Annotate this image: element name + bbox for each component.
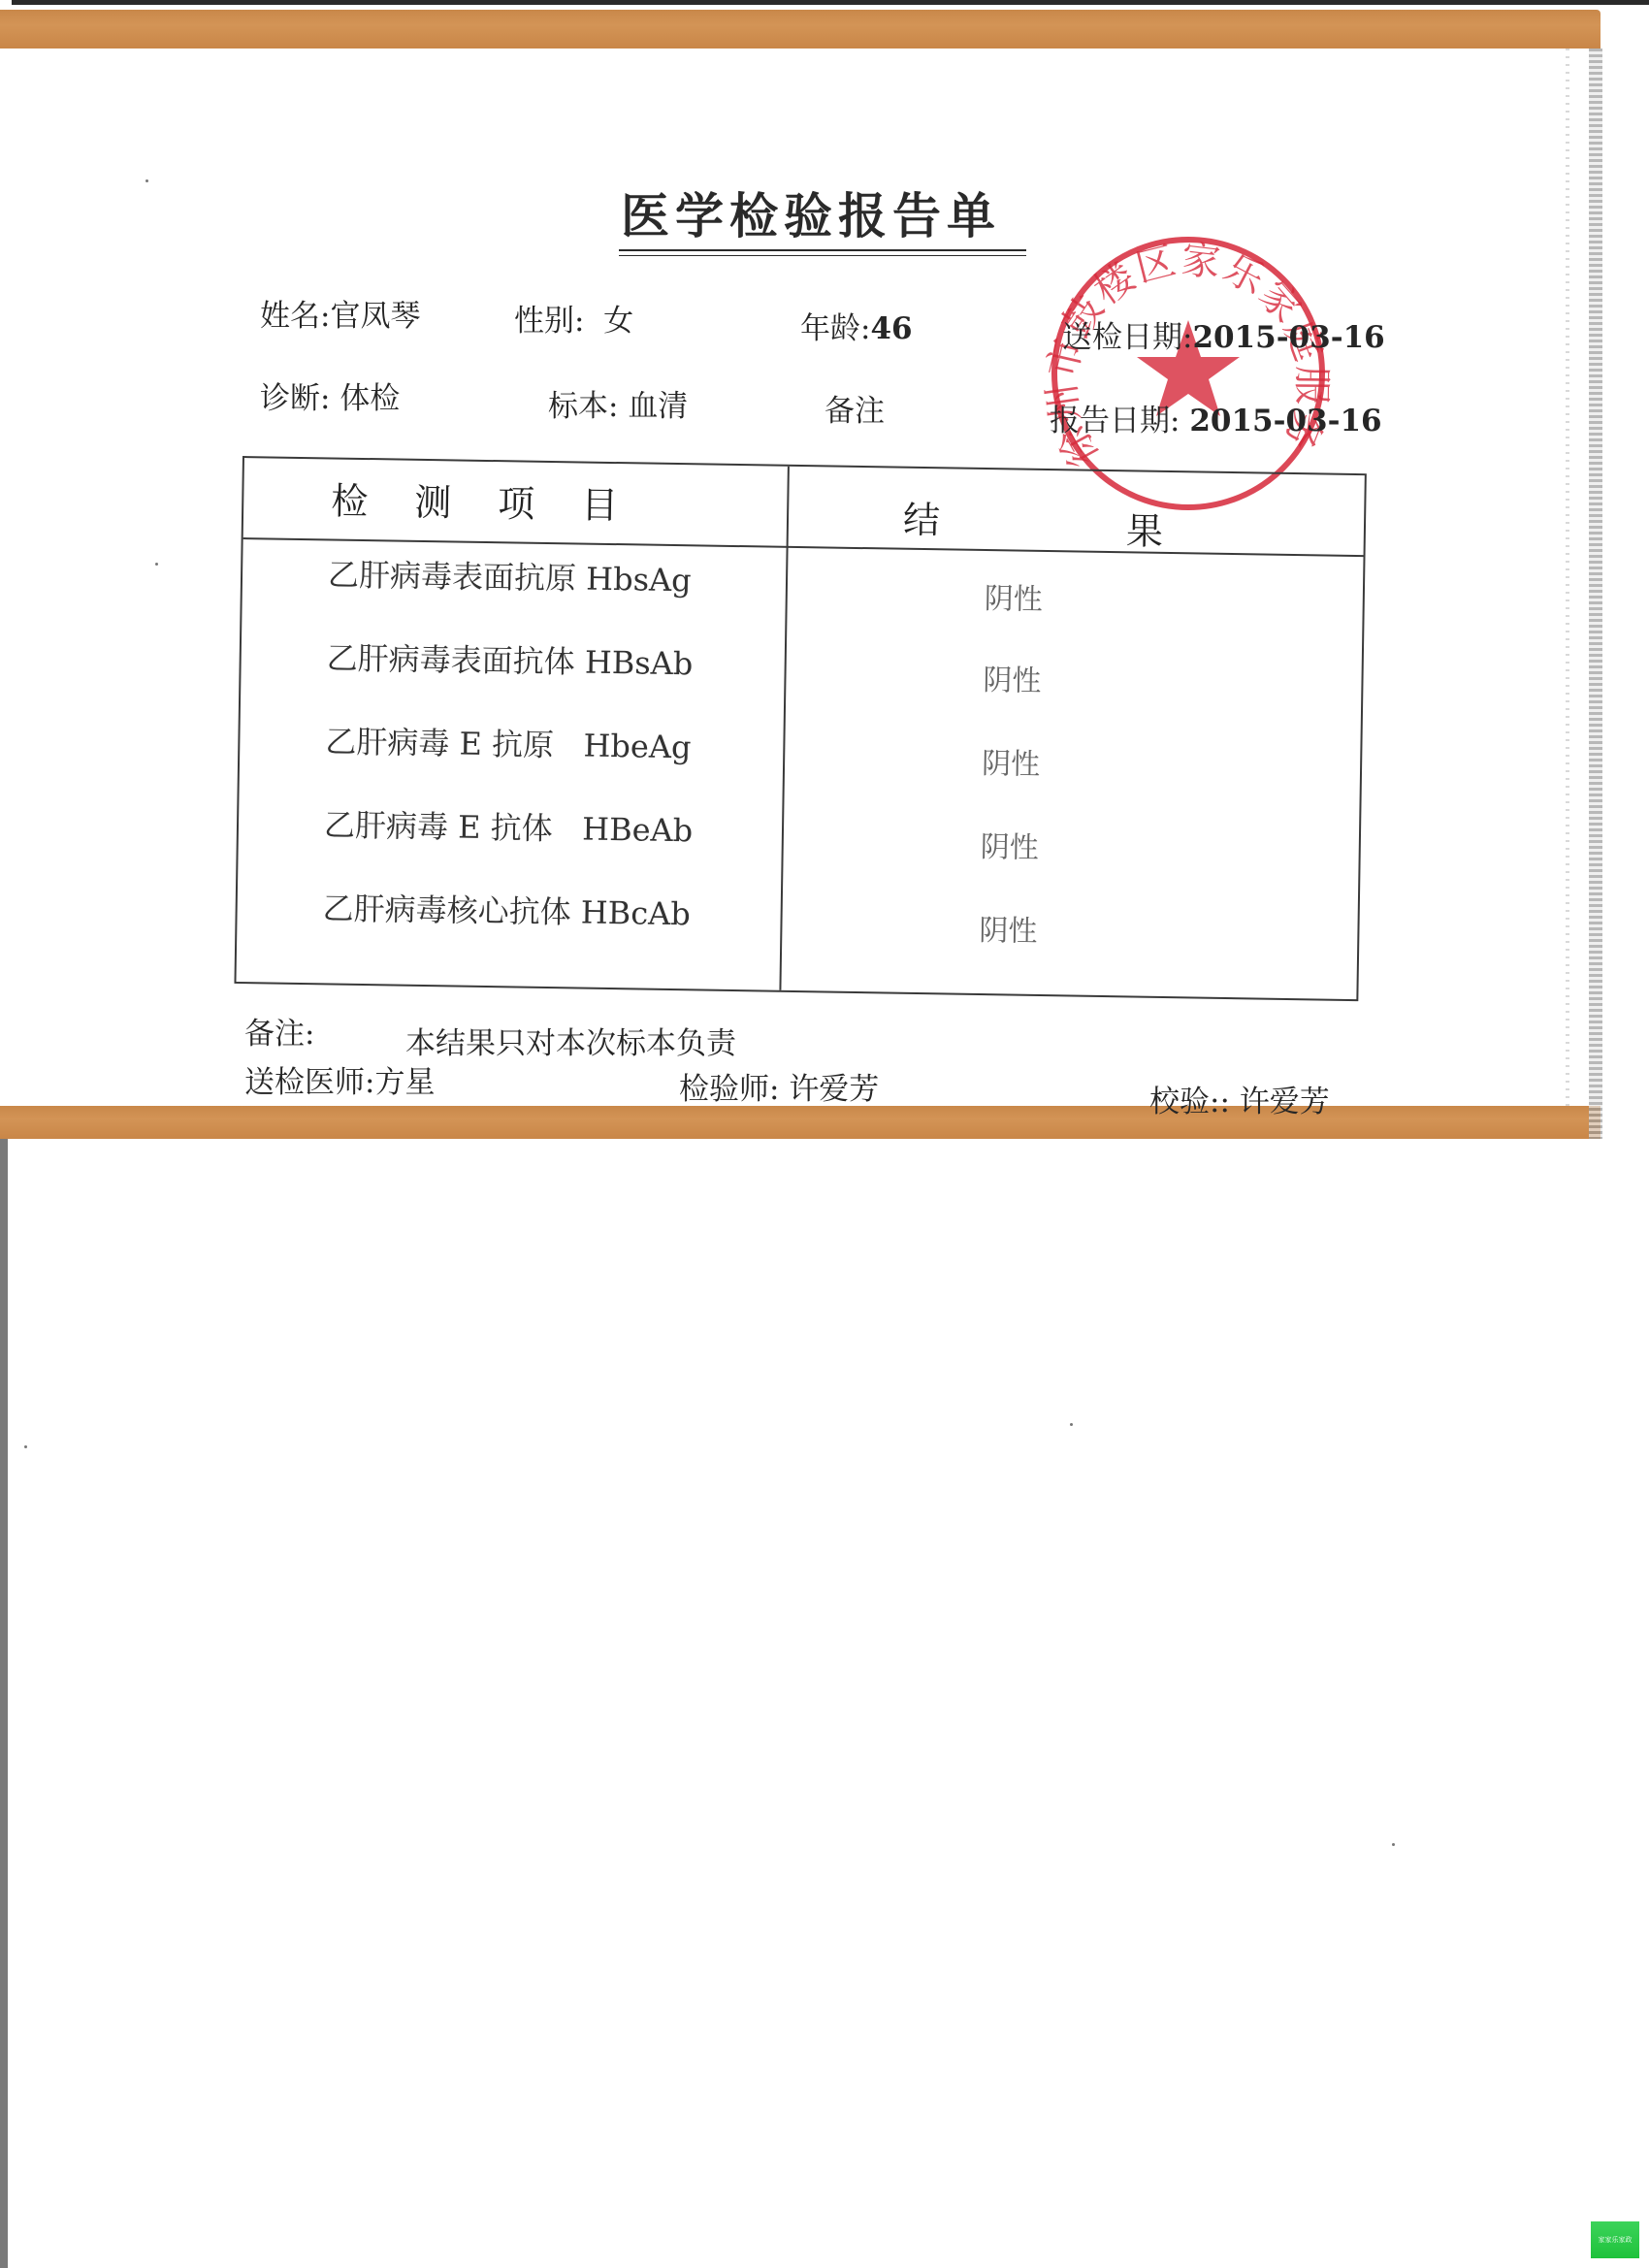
- header-result-2: 果: [1126, 501, 1164, 555]
- report-date-value: 2015-03-16: [1189, 404, 1381, 438]
- footer-remark: 本结果只对本次标本负责: [405, 1019, 736, 1062]
- footer-remark-label: 备注:: [244, 1009, 314, 1053]
- scan-edge-right-faint: [1566, 49, 1569, 1106]
- diagnosis-value: 体检: [339, 381, 400, 416]
- table-row-item: 乙肝病毒核心抗体 HBcAb: [322, 884, 691, 934]
- specimen-value: 血清: [628, 389, 688, 424]
- scan-edge-top: [12, 0, 1649, 5]
- specimen-field: 标本: 血清: [548, 381, 688, 425]
- name-value: 官凤琴: [330, 299, 420, 334]
- title-underline-2: [619, 255, 1026, 256]
- inspector-value: 许爱芳: [789, 1072, 879, 1107]
- diagnosis-label: 诊断:: [260, 381, 330, 416]
- name-label: 姓名:: [260, 299, 330, 334]
- specimen-label: 标本:: [548, 389, 618, 424]
- report-date-field: 报告日期: 2015-03-16: [1050, 396, 1382, 439]
- remark-header-field: 备注: [824, 386, 885, 430]
- age-field: 年龄:46: [800, 304, 913, 347]
- sex-label: 性别:: [514, 304, 584, 339]
- doctor-label: 送检医师:: [244, 1065, 374, 1100]
- age-label: 年龄:: [800, 311, 870, 346]
- submit-date-field: 送检日期:2015-03-16: [1062, 312, 1385, 356]
- test-results-table: 检测项目 结 果 乙肝病毒表面抗原 HbsAg 阴性 乙肝病毒表面抗体 HBsA…: [234, 456, 1366, 1001]
- paper-band-top: [0, 10, 1600, 49]
- checker-label: 校验::: [1149, 1085, 1230, 1119]
- report-title: 医学检验报告单: [621, 178, 1028, 247]
- scan-speck: [155, 563, 158, 566]
- table-row-item: 乙肝病毒 E 抗原 HbeAg: [325, 717, 692, 767]
- inspector-field: 检验师: 许爱芳: [679, 1064, 879, 1108]
- table-row-item: 乙肝病毒 E 抗体 HBeAb: [324, 800, 694, 851]
- scan-speck: [145, 179, 148, 182]
- table-row-result: 阴性: [984, 574, 1043, 618]
- table-row-result: 阴性: [983, 656, 1042, 699]
- doctor-value: 方星: [374, 1065, 435, 1100]
- remark-header-label: 备注: [824, 394, 885, 429]
- scan-speck: [1392, 1843, 1395, 1846]
- table-row-item: 乙肝病毒表面抗原 HbsAg: [328, 550, 692, 600]
- scan-edge-right: [1589, 49, 1602, 1139]
- checker-field: 校验:: 许爱芳: [1149, 1077, 1330, 1120]
- sex-field: 性别: 女: [514, 296, 633, 340]
- header-test-item: 检测项目: [331, 470, 665, 529]
- scan-speck: [24, 1445, 27, 1448]
- watermark-badge[interactable]: 家家乐家政: [1591, 2221, 1639, 2258]
- doctor-field: 送检医师:方星: [244, 1057, 435, 1101]
- table-row-item: 乙肝病毒表面抗体 HBsAb: [326, 633, 693, 684]
- sex-value: 女: [603, 304, 633, 339]
- table-row-result: 阴性: [979, 906, 1038, 950]
- scan-speck: [1070, 1423, 1073, 1426]
- submit-date-label: 送检日期:: [1062, 320, 1192, 355]
- table-row-result: 阴性: [982, 739, 1041, 783]
- name-field: 姓名:官凤琴: [260, 291, 420, 335]
- scan-edge-left: [0, 1139, 8, 2268]
- age-value: 46: [870, 311, 912, 346]
- checker-value: 许爱芳: [1240, 1085, 1330, 1119]
- title-underline: [619, 249, 1026, 251]
- submit-date-value: 2015-03-16: [1192, 320, 1384, 355]
- report-date-label: 报告日期:: [1050, 404, 1180, 438]
- table-row-result: 阴性: [980, 823, 1039, 866]
- header-result-1: 结: [903, 490, 941, 544]
- diagnosis-field: 诊断: 体检: [260, 373, 400, 417]
- inspector-label: 检验师:: [679, 1072, 779, 1107]
- paper-band-bottom: [0, 1106, 1600, 1139]
